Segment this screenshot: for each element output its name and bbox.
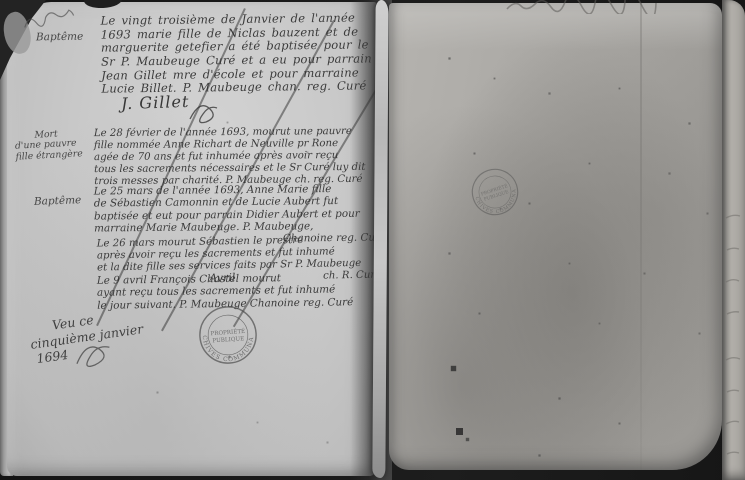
stamp-star-icon: ✶ bbox=[227, 354, 233, 361]
archives-stamp-left: ARCHIVES COMMUNALES PROPRIÉTÉ PUBLIQUE ✶ bbox=[195, 302, 261, 368]
priest-signature: J. Gillet bbox=[121, 92, 190, 113]
paper-fold-line bbox=[640, 3, 642, 470]
validation-paraph-icon bbox=[68, 334, 118, 375]
stamp-star-icon: ✶ bbox=[498, 206, 504, 213]
illegible-bleedthrough-marks bbox=[723, 210, 743, 472]
register-entry-burial-february: Le 28 février de l'année 1693, mourut un… bbox=[94, 126, 366, 189]
margin-note-bapteme-1: Baptême bbox=[36, 32, 84, 45]
margin-note-bapteme-2: Baptême bbox=[34, 195, 82, 208]
margin-note-mort: Mort d'une pauvre fille étrangère bbox=[14, 128, 83, 163]
stamp-center-text: PUBLIQUE bbox=[212, 336, 244, 344]
register-scan: Baptême Mort d'une pauvre fille étrangèr… bbox=[0, 0, 745, 480]
paper-speckles-and-ink-spots bbox=[389, 3, 390, 4]
right-page bbox=[389, 3, 722, 470]
illegible-top-edge-scribble bbox=[505, 0, 660, 14]
